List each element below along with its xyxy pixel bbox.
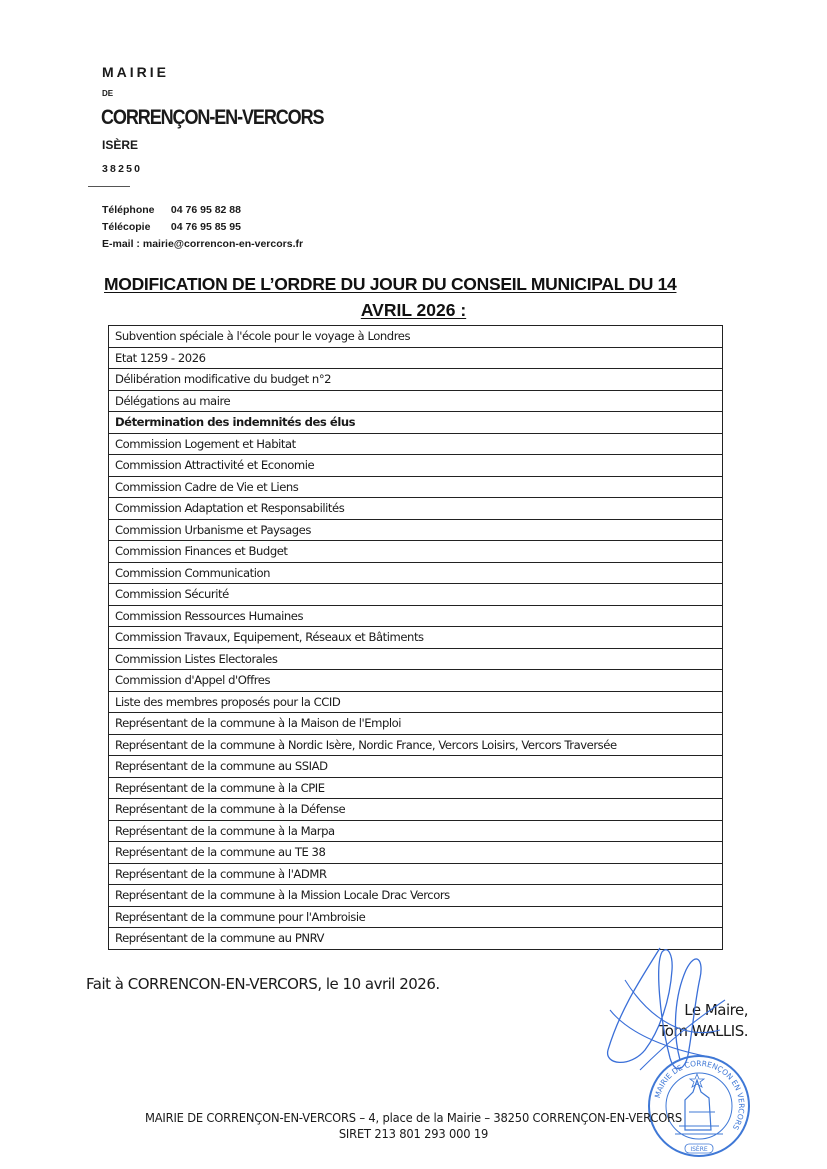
telephone-value: 04 76 95 82 88 xyxy=(171,204,241,216)
agenda-item: Représentant de la commune à Nordic Isèr… xyxy=(109,734,723,756)
agenda-item: Commission Urbanisme et Paysages xyxy=(109,519,723,541)
agenda-item: Subvention spéciale à l'école pour le vo… xyxy=(109,326,723,348)
agenda-row: Représentant de la commune à Nordic Isèr… xyxy=(109,734,723,756)
letterhead-commune: CORRENÇON-EN-VERCORS xyxy=(101,106,323,130)
agenda-item: Commission Attractivité et Economie xyxy=(109,455,723,477)
agenda-row: Commission Attractivité et Economie xyxy=(109,455,723,477)
agenda-row: Subvention spéciale à l'école pour le vo… xyxy=(109,326,723,348)
agenda-row: Délégations au maire xyxy=(109,390,723,412)
agenda-item: Représentant de la commune à la Maison d… xyxy=(109,713,723,735)
letterhead-postal-code: 38250 xyxy=(102,163,142,175)
agenda-item: Etat 1259 - 2026 xyxy=(109,347,723,369)
agenda-item: Délibération modificative du budget n°2 xyxy=(109,369,723,391)
letterhead-department: ISÈRE xyxy=(102,138,138,152)
telephone-label: Téléphone xyxy=(102,204,168,216)
agenda-row: Représentant de la commune à la Maison d… xyxy=(109,713,723,735)
agenda-row: Représentant de la commune au SSIAD xyxy=(109,756,723,778)
agenda-row: Commission Cadre de Vie et Liens xyxy=(109,476,723,498)
agenda-item: Commission Communication xyxy=(109,562,723,584)
official-seal-icon: MAIRIE DE CORRENÇON EN VERCORS ISÈRE xyxy=(645,1052,753,1160)
email-link[interactable]: mairie@correncon-en-vercors.fr xyxy=(143,238,303,250)
fax-label: Télécopie xyxy=(102,221,168,233)
agenda-item: Représentant de la commune à la Marpa xyxy=(109,820,723,842)
agenda-item: Représentant de la commune au TE 38 xyxy=(109,842,723,864)
agenda-item: Commission Adaptation et Responsabilités xyxy=(109,498,723,520)
agenda-row: Représentant de la commune à la CPIE xyxy=(109,777,723,799)
agenda-item: Liste des membres proposés pour la CCID xyxy=(109,691,723,713)
agenda-item: Commission Listes Electorales xyxy=(109,648,723,670)
agenda-row: Délibération modificative du budget n°2 xyxy=(109,369,723,391)
agenda-row: Etat 1259 - 2026 xyxy=(109,347,723,369)
letterhead-telephone: Téléphone 04 76 95 82 88 xyxy=(102,204,241,216)
agenda-item: Commission Finances et Budget xyxy=(109,541,723,563)
agenda-item: Représentant de la commune au SSIAD xyxy=(109,756,723,778)
agenda-item: Détermination des indemnités des élus xyxy=(109,412,723,434)
agenda-row: Commission Finances et Budget xyxy=(109,541,723,563)
agenda-row: Représentant de la commune à la Défense xyxy=(109,799,723,821)
agenda-item: Représentant de la commune à la Mission … xyxy=(109,885,723,907)
agenda-row: Commission Sécurité xyxy=(109,584,723,606)
agenda-item: Commission d'Appel d'Offres xyxy=(109,670,723,692)
agenda-row: Représentant de la commune au TE 38 xyxy=(109,842,723,864)
agenda-row: Commission Urbanisme et Paysages xyxy=(109,519,723,541)
agenda-item: Commission Logement et Habitat xyxy=(109,433,723,455)
agenda-item: Représentant de la commune à l'ADMR xyxy=(109,863,723,885)
page-title-line-2: AVRIL 2026 : xyxy=(0,300,827,321)
letterhead-de: DE xyxy=(102,89,113,98)
email-label: E-mail : xyxy=(102,238,140,250)
agenda-row: Commission Logement et Habitat xyxy=(109,433,723,455)
agenda-item: Représentant de la commune à la Défense xyxy=(109,799,723,821)
agenda-item: Représentant de la commune pour l'Ambroi… xyxy=(109,906,723,928)
agenda-row: Commission Ressources Humaines xyxy=(109,605,723,627)
agenda-row: Commission Communication xyxy=(109,562,723,584)
agenda-item: Commission Ressources Humaines xyxy=(109,605,723,627)
letterhead-mairie: MAIRIE xyxy=(102,64,169,80)
agenda-table: Subvention spéciale à l'école pour le vo… xyxy=(108,325,723,950)
letterhead-email: E-mail : mairie@correncon-en-vercors.fr xyxy=(102,238,303,250)
seal-bottom-text: ISÈRE xyxy=(690,1145,708,1153)
page-title-line-1: MODIFICATION DE L’ORDRE DU JOUR DU CONSE… xyxy=(104,274,676,295)
letterhead-fax: Télécopie 04 76 95 85 95 xyxy=(102,221,241,233)
agenda-row: Commission d'Appel d'Offres xyxy=(109,670,723,692)
agenda-row: Représentant de la commune à l'ADMR xyxy=(109,863,723,885)
agenda-row: Liste des membres proposés pour la CCID xyxy=(109,691,723,713)
agenda-row: Détermination des indemnités des élus xyxy=(109,412,723,434)
agenda-row: Commission Listes Electorales xyxy=(109,648,723,670)
agenda-item: Représentant de la commune à la CPIE xyxy=(109,777,723,799)
agenda-item: Commission Travaux, Equipement, Réseaux … xyxy=(109,627,723,649)
footer-address: MAIRIE DE CORRENÇON-EN-VERCORS – 4, plac… xyxy=(17,1110,811,1126)
footer: MAIRIE DE CORRENÇON-EN-VERCORS – 4, plac… xyxy=(17,1110,811,1142)
place-date: Fait à CORRENCON-EN-VERCORS, le 10 avril… xyxy=(86,975,440,993)
footer-siret: SIRET 213 801 293 000 19 xyxy=(17,1126,811,1142)
agenda-item: Commission Sécurité xyxy=(109,584,723,606)
agenda-row: Commission Travaux, Equipement, Réseaux … xyxy=(109,627,723,649)
agenda-row: Représentant de la commune à la Marpa xyxy=(109,820,723,842)
agenda-row: Commission Adaptation et Responsabilités xyxy=(109,498,723,520)
agenda-item: Commission Cadre de Vie et Liens xyxy=(109,476,723,498)
agenda-item: Délégations au maire xyxy=(109,390,723,412)
letterhead-divider xyxy=(88,186,130,187)
agenda-row: Représentant de la commune à la Mission … xyxy=(109,885,723,907)
agenda-row: Représentant de la commune pour l'Ambroi… xyxy=(109,906,723,928)
fax-value: 04 76 95 85 95 xyxy=(171,221,241,233)
